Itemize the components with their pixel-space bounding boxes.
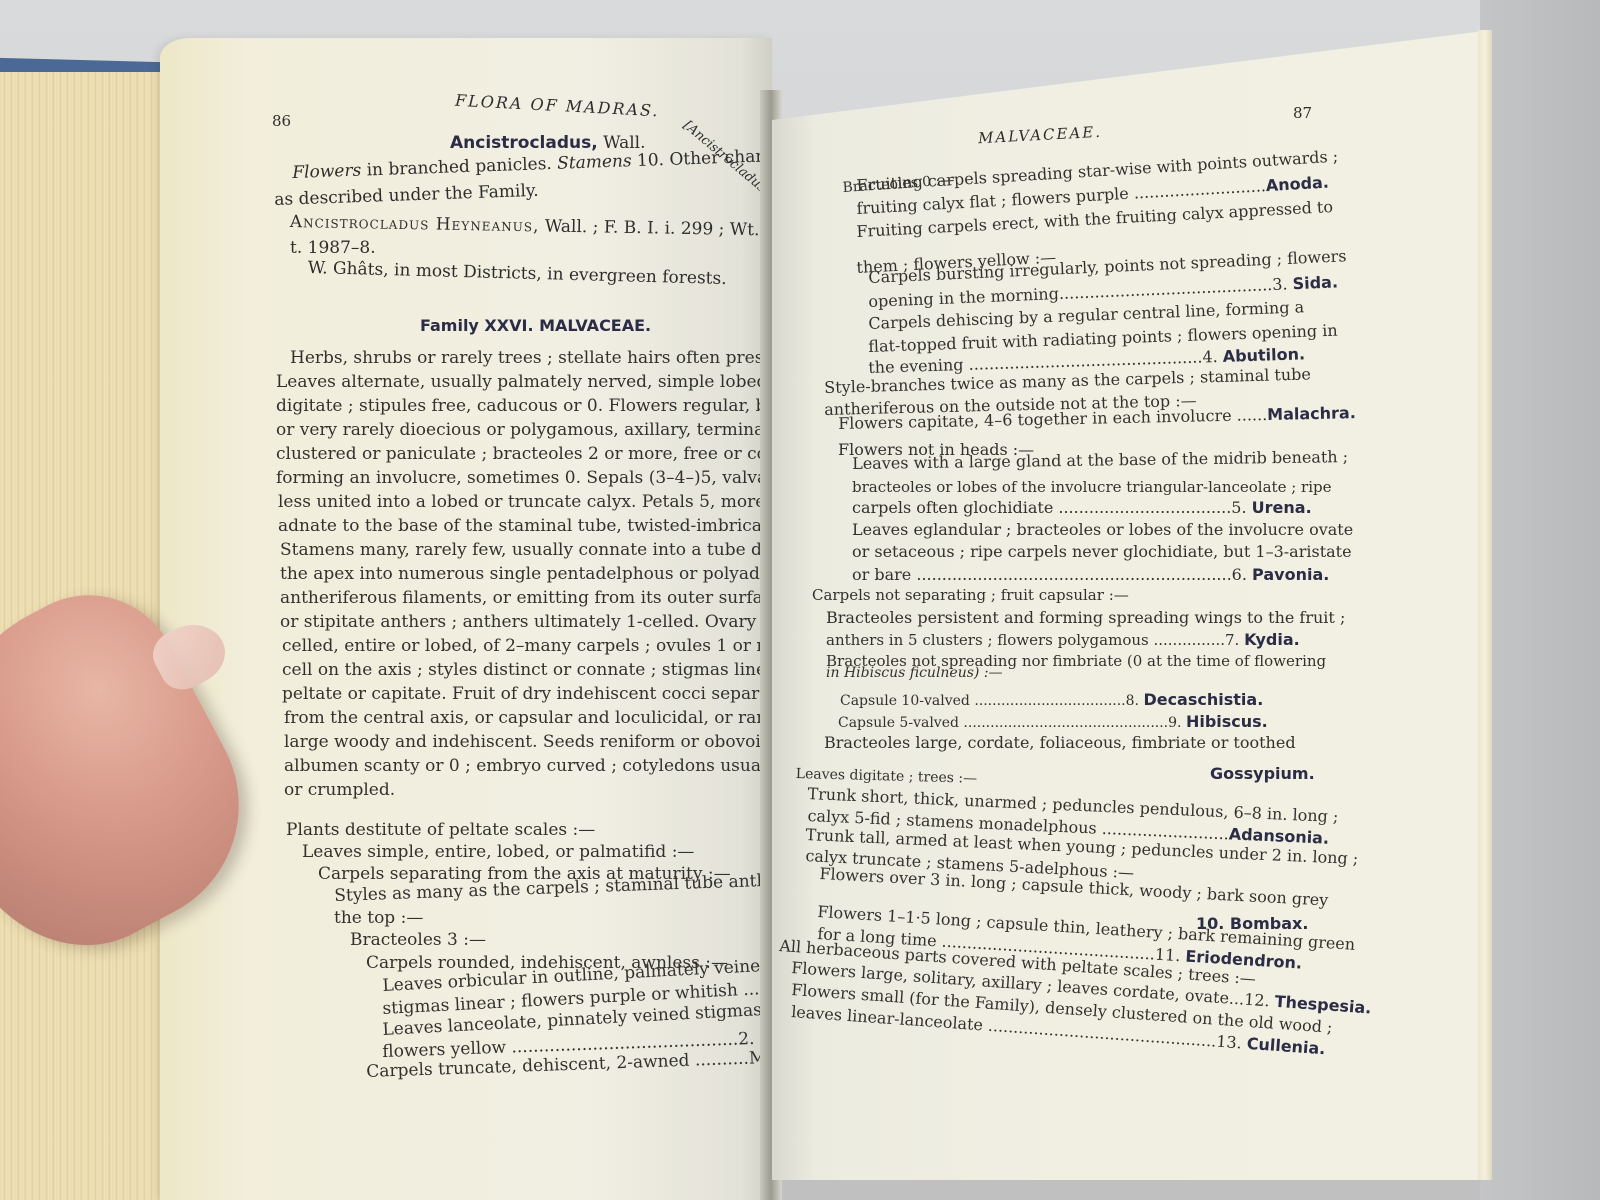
key-line: anthers in 5 clusters ; flowers polygamo… xyxy=(826,630,1300,649)
key-line: carpels often glochidiate ..............… xyxy=(852,498,1312,517)
genus-malachra: Malachra. xyxy=(1267,403,1356,424)
genus-decaschistia: Decaschistia. xyxy=(1143,690,1263,709)
key-line: Bracteoles persistent and forming spread… xyxy=(826,608,1345,627)
key-line: in Hibiscus ficulneus) :— xyxy=(826,665,1003,681)
key-line: Capsule 10-valved ......................… xyxy=(840,690,1263,709)
key-line: or bare ................................… xyxy=(852,565,1329,584)
key-line: Leaves digitate ; trees :— xyxy=(796,766,978,787)
genus-pavonia: Pavonia. xyxy=(1252,565,1329,584)
key-line: bracteoles or lobes of the involucre tri… xyxy=(852,478,1332,496)
genus-abutilon: Abutilon. xyxy=(1222,344,1305,366)
genus-urena: Urena. xyxy=(1252,498,1312,517)
genus-sida: Sida. xyxy=(1292,272,1338,293)
key-line: Gossypium. xyxy=(1210,764,1315,783)
key-line: Bracteoles large, cordate, foliaceous, f… xyxy=(824,733,1296,752)
key-line: Carpels not separating ; fruit capsular … xyxy=(812,586,1129,604)
genus-anoda: Anoda. xyxy=(1265,173,1329,195)
genus-gossypium: Gossypium. xyxy=(1210,764,1315,783)
key-line: or setaceous ; ripe carpels never glochi… xyxy=(852,542,1352,561)
genus-thespesia: Thespesia. xyxy=(1274,992,1372,1018)
key-right: Bracteoles 0 :— Fruiting carpels spreadi… xyxy=(0,0,1600,1200)
key-line: Leaves eglandular ; bracteoles or lobes … xyxy=(852,520,1353,539)
key-line: Capsule 5-valved .......................… xyxy=(838,712,1268,731)
genus-cullenia: Cullenia. xyxy=(1246,1034,1326,1058)
genus-kydia: Kydia. xyxy=(1244,630,1300,649)
genus-hibiscus: Hibiscus. xyxy=(1186,712,1268,731)
